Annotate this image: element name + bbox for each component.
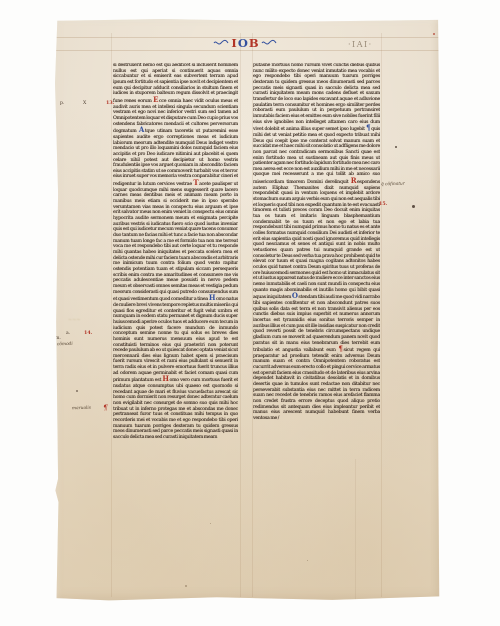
margin-gloss: maruolis [72, 406, 91, 411]
body-text-segment: acete paulisper ut loquar quodcumque mih… [113, 182, 238, 302]
ruling-line [111, 33, 112, 597]
header-flourish-icon [213, 39, 229, 47]
ruling-line [381, 33, 382, 597]
ink-speck [433, 33, 435, 35]
ruling-line [240, 33, 241, 597]
body-text-segment: putasne mortuus homo rursum vivet cuncti… [253, 63, 380, 132]
ink-speck [395, 146, 397, 148]
text-column-left: si destruxerit nemo est qui aedificet si… [113, 63, 238, 470]
running-title: IOB [195, 35, 295, 51]
text-column-right: putasne mortuus homo rursum vivet cuncti… [253, 63, 380, 470]
margin-letter-x: X [83, 101, 86, 106]
running-title-letters: IOB [231, 37, 258, 49]
ink-speck [76, 390, 78, 392]
body-text-segment: si destruxerit nemo est qui aedificet si… [113, 63, 238, 104]
chapter-numeral-15: 15. [379, 201, 387, 207]
faded-scribble: ~~~ [68, 317, 81, 323]
running-title-letter: I [231, 37, 236, 49]
margin-letter-a: a. [66, 331, 70, 336]
margin-gloss: cōmodi [57, 342, 73, 347]
ink-speck [412, 205, 415, 208]
running-title-letter: B [249, 37, 259, 49]
body-text-segment: omo vero cum mortuus fuerit et nudatus a… [113, 378, 238, 440]
fold-crease [355, 459, 356, 601]
ink-speck [210, 523, 211, 524]
body-text-segment: tque utinam taceretis ut putaremini esse… [113, 129, 238, 187]
decorated-initial: H [162, 374, 169, 383]
body-text-segment: stendam tibi audi me quod vidi narrabo t… [253, 295, 380, 353]
body-text-segment: omo natus de muliere brevi vivens tempor… [113, 297, 238, 383]
chapter-numeral-14: 14. [84, 330, 92, 336]
body-text-segment: sicut regem qui praeparatur ad proelium … [253, 348, 380, 421]
ink-speck [307, 560, 308, 561]
chapter-numeral-13: 13. [106, 100, 114, 106]
folio-mark: ·IAI· [348, 40, 373, 49]
header-flourish-icon [261, 39, 277, 47]
photo-background: IOB ·IAI· si destruxerit nemo est qui ae… [0, 0, 500, 626]
running-title-letter: O [238, 37, 248, 49]
margin-gloss: q̄ cōfinatur [381, 182, 405, 188]
body-text-segment: quis mihi det ut veniat petitio mea et q… [253, 127, 380, 185]
decorated-initial: H [209, 293, 216, 302]
red-paraph-mark: ¶ [103, 403, 108, 412]
ink-speck [185, 585, 187, 587]
body-text-segment: espondens autem Eliphaz Themanites dixit… [253, 180, 380, 300]
manuscript-leaf: IOB ·IAI· si destruxerit nemo est qui ae… [55, 19, 440, 601]
margin-letter-p: p. [60, 101, 64, 106]
margin-letter-m: m. [55, 336, 61, 341]
